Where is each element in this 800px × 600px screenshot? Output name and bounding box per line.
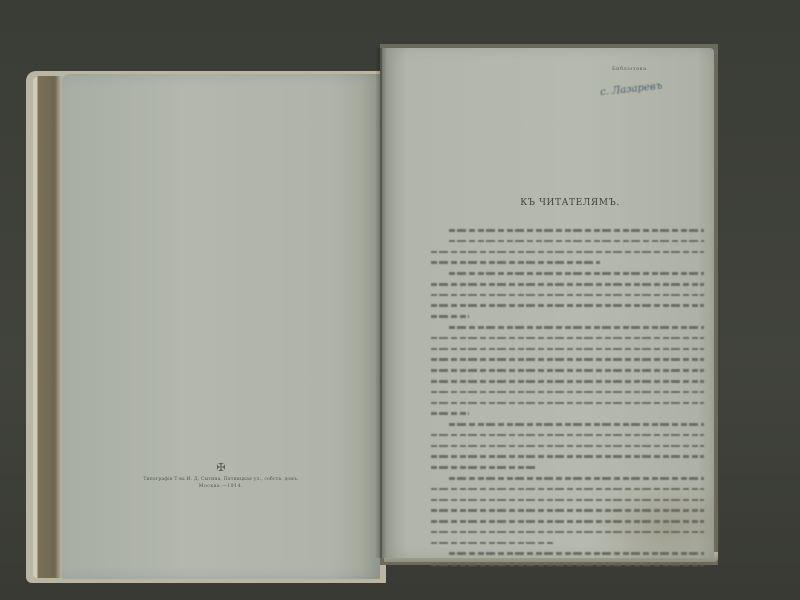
text-line (431, 488, 704, 491)
colophon-printer-line: Типографія Т-ва И. Д. Сытина, Пятницкая … (78, 477, 364, 482)
text-line (431, 315, 469, 318)
text-line (449, 326, 704, 329)
double-headed-eagle-icon: ✠ (216, 462, 225, 474)
text-line (431, 348, 704, 351)
library-stamp: Библіотека (612, 66, 647, 72)
text-line (431, 434, 704, 437)
text-line (431, 261, 600, 264)
text-line (449, 477, 704, 480)
text-line (431, 466, 535, 469)
text-line (431, 391, 704, 394)
text-line (431, 304, 704, 307)
text-line (449, 240, 704, 243)
page-title: КЪ ЧИТАТЕЛЯМЪ. (420, 198, 720, 208)
text-line (431, 455, 704, 458)
colophon-city-year: Москва.—1914. (78, 484, 364, 489)
text-line (431, 380, 704, 383)
text-line (431, 369, 704, 372)
printer-colophon: ✠ Типографія Т-ва И. Д. Сытина, Пятницка… (78, 456, 364, 489)
left-page (62, 74, 380, 579)
body-text-block (431, 229, 704, 574)
text-line (431, 542, 554, 545)
text-line (431, 402, 704, 405)
text-line (431, 445, 704, 448)
text-line (431, 412, 469, 415)
text-line (431, 358, 704, 361)
text-line (431, 283, 704, 286)
text-line (431, 499, 704, 502)
text-line (431, 251, 704, 254)
text-line (431, 563, 704, 566)
book-gutter (376, 48, 386, 558)
text-line (449, 229, 704, 232)
text-line (431, 337, 704, 340)
text-line (449, 272, 704, 275)
book-spine-edge (33, 76, 63, 578)
text-line (449, 552, 704, 555)
text-line (431, 520, 704, 523)
text-line (449, 423, 704, 426)
text-line (431, 509, 704, 512)
text-line (431, 531, 704, 534)
text-line (431, 294, 704, 297)
